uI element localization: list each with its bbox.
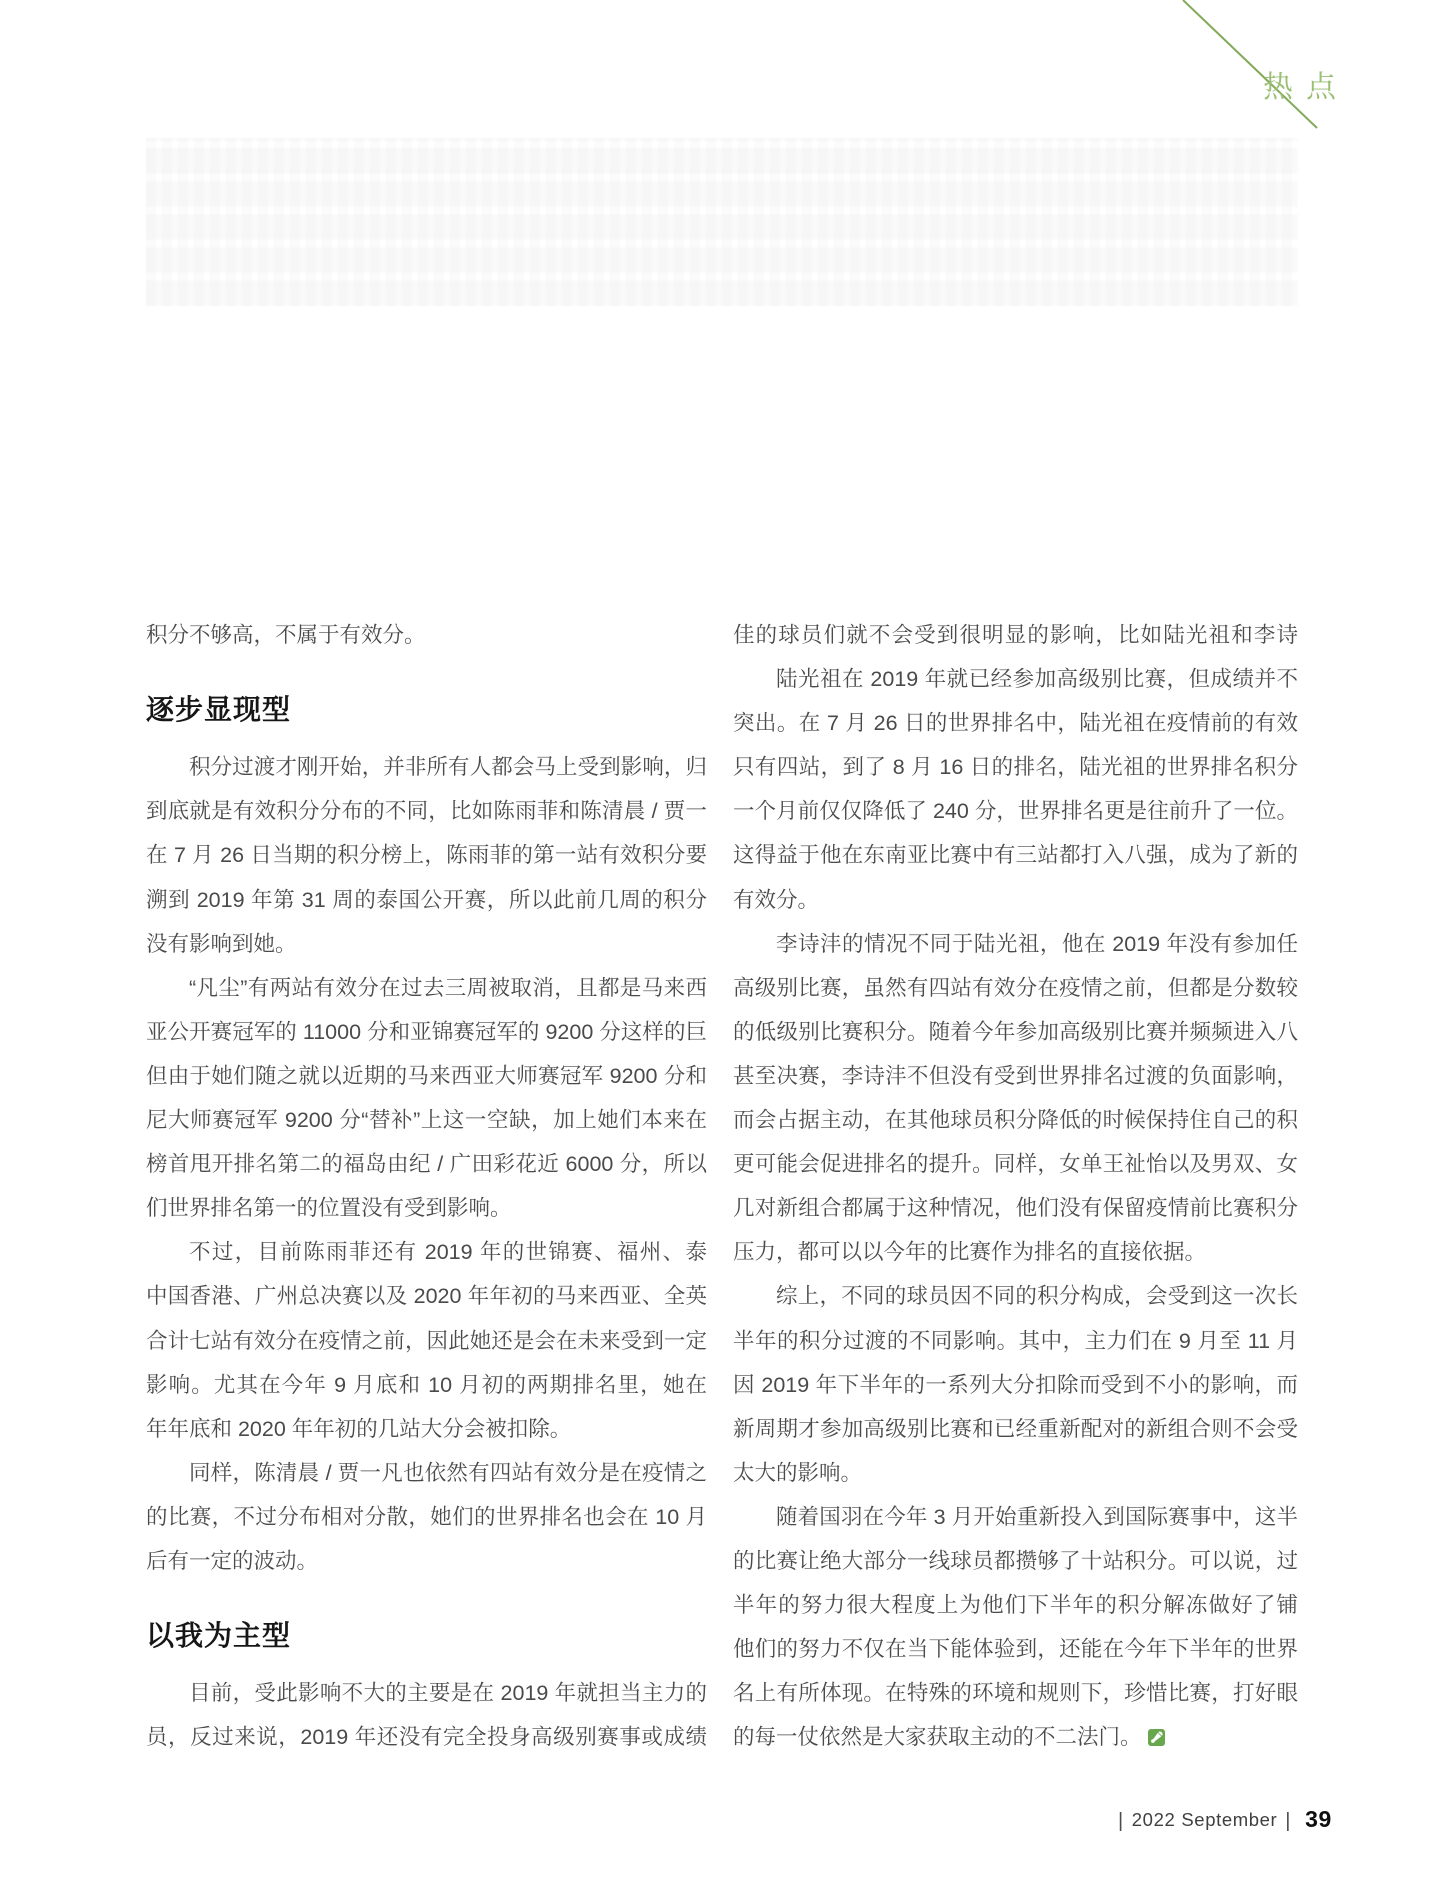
text-line: 几对新组合都属于这种情况，他们没有保留疫情前比赛积分的 bbox=[733, 1186, 1298, 1230]
text-line-content: 们世界排名第一的位置没有受到影响。 bbox=[146, 1196, 512, 1220]
footer-page-number: 39 bbox=[1305, 1806, 1332, 1832]
text-line: 这得益于他在东南亚比赛中有三站都打入八强，成为了新的 bbox=[733, 833, 1298, 877]
text-line: 只有四站，到了 8 月 16 日的排名，陆光祖的世界排名积分较 bbox=[733, 745, 1298, 789]
text-line-content: 没有影响到她。 bbox=[146, 932, 297, 956]
text-line-content: 而会占据主动，在其他球员积分降低的时候保持住自己的积分， bbox=[733, 1108, 1298, 1142]
text-line: 太大的影响。 bbox=[733, 1451, 1298, 1495]
text-line: 亚公开赛冠军的 11000 分和亚锦赛冠军的 9200 分这样的巨分。 bbox=[146, 1010, 707, 1054]
text-line-content: 积分不够高，不属于有效分。 bbox=[146, 623, 426, 647]
text-line-content: 在 7 月 26 日当期的积分榜上，陈雨菲的第一站有效积分要追 bbox=[146, 843, 707, 877]
text-line-content: 几对新组合都属于这种情况，他们没有保留疫情前比赛积分的 bbox=[733, 1196, 1298, 1230]
text-line: 综上，不同的球员因不同的积分构成，会受到这一次长达 bbox=[733, 1274, 1298, 1318]
text-line: 的每一仗依然是大家获取主动的不二法门。 bbox=[733, 1715, 1298, 1759]
text-line: 没有影响到她。 bbox=[146, 922, 707, 966]
text-line-content: 员，反过来说，2019 年还没有完全投身高级别赛事或成绩不 bbox=[146, 1725, 707, 1759]
section-heading-text: 逐步显现型 bbox=[146, 688, 291, 728]
text-line: 陆光祖在 2019 年就已经参加高级别比赛，但成绩并不 bbox=[733, 657, 1298, 701]
text-line: 的比赛，不过分布相对分散，她们的世界排名也会在 10 月前 bbox=[146, 1495, 707, 1539]
text-line: 目前，受此影响不大的主要是在 2019 年就担当主力的球 bbox=[146, 1671, 707, 1715]
text-line: 半年的努力很大程度上为他们下半年的积分解冻做好了铺垫， bbox=[733, 1583, 1298, 1627]
page-footer: |2022September|39 bbox=[1110, 1806, 1332, 1833]
text-line-content: 突出。在 7 月 26 日的世界排名中，陆光祖在疫情前的有效分 bbox=[733, 711, 1298, 745]
text-line: 尼大师赛冠军 9200 分“替补”上这一空缺，加上她们本来在 bbox=[146, 1098, 707, 1142]
text-line-content: 因 2019 年下半年的一系列大分扣除而受到不小的影响，而在 bbox=[733, 1373, 1298, 1407]
text-line: 在 7 月 26 日当期的积分榜上，陈雨菲的第一站有效积分要追 bbox=[146, 833, 707, 877]
left-text-column: 积分不够高，不属于有效分。逐步显现型积分过渡才刚开始，并非所有人都会马上受到影响… bbox=[146, 613, 707, 1759]
text-line-content: 一个月前仅仅降低了 240 分，世界排名更是往前升了一位。 bbox=[733, 799, 1298, 823]
text-line: 新周期才参加高级别比赛和已经重新配对的新组合则不会受到 bbox=[733, 1407, 1298, 1451]
text-line-content: 年年底和 2020 年年初的几站大分会被扣除。 bbox=[146, 1417, 571, 1441]
text-line-content: 名上有所体现。在特殊的环境和规则下，珍惜比赛，打好眼前 bbox=[733, 1681, 1298, 1715]
text-line-content: 高级别比赛，虽然有四站有效分在疫情之前，但都是分数较低 bbox=[733, 976, 1298, 1010]
text-line: 高级别比赛，虽然有四站有效分在疫情之前，但都是分数较低 bbox=[733, 966, 1298, 1010]
text-line-content: 后有一定的波动。 bbox=[146, 1549, 318, 1573]
footer-separator: | bbox=[1118, 1810, 1124, 1832]
text-line-content: 积分过渡才刚开始，并非所有人都会马上受到影响，归根 bbox=[146, 755, 707, 789]
magazine-page: 热点 积分不够高，不属于有效分。逐步显现型积分过渡才刚开始，并非所有人都会马上受… bbox=[0, 0, 1440, 1902]
text-line: 的低级别比赛积分。随着今年参加高级别比赛并频频进入八强 bbox=[733, 1010, 1298, 1054]
text-line: 佳的球员们就不会受到很明显的影响，比如陆光祖和李诗沣。 bbox=[733, 613, 1298, 657]
text-line: “凡尘”有两站有效分在过去三周被取消，且都是马来西 bbox=[146, 966, 707, 1010]
text-line: 甚至决赛，李诗沣不但没有受到世界排名过渡的负面影响，反 bbox=[733, 1054, 1298, 1098]
section-heading-text: 以我为主型 bbox=[146, 1614, 291, 1654]
text-line: 的比赛让绝大部分一线球员都攒够了十站积分。可以说，过去 bbox=[733, 1539, 1298, 1583]
text-line: 但由于她们随之就以近期的马来西亚大师赛冠军 9200 分和印 bbox=[146, 1054, 707, 1098]
text-line-content: 亚公开赛冠军的 11000 分和亚锦赛冠军的 9200 分这样的巨分。 bbox=[146, 1020, 707, 1054]
text-line: 员，反过来说，2019 年还没有完全投身高级别赛事或成绩不 bbox=[146, 1715, 707, 1759]
text-line-content: 合计七站有效分在疫情之前，因此她还是会在未来受到一定的 bbox=[146, 1329, 707, 1363]
text-line: 积分过渡才刚开始，并非所有人都会马上受到影响，归根 bbox=[146, 745, 707, 789]
text-line: 他们的努力不仅在当下能体验到，还能在今年下半年的世界排 bbox=[733, 1627, 1298, 1671]
text-line-content: 的每一仗依然是大家获取主动的不二法门。 bbox=[733, 1725, 1142, 1749]
text-line: 一个月前仅仅降低了 240 分，世界排名更是往前升了一位。 bbox=[733, 789, 1298, 833]
text-line-content: 甚至决赛，李诗沣不但没有受到世界排名过渡的负面影响，反 bbox=[733, 1064, 1298, 1098]
text-line-content: 影响。尤其在今年 9 月底和 10 月初的两期排名里，她在 2019 bbox=[146, 1373, 707, 1407]
text-line: 半年的积分过渡的不同影响。其中，主力们在 9 月至 11 月会 bbox=[733, 1319, 1298, 1363]
text-line: 随着国羽在今年 3 月开始重新投入到国际赛事中，这半年 bbox=[733, 1495, 1298, 1539]
text-line: 名上有所体现。在特殊的环境和规则下，珍惜比赛，打好眼前 bbox=[733, 1671, 1298, 1715]
text-line: 们世界排名第一的位置没有受到影响。 bbox=[146, 1186, 707, 1230]
text-line: 而会占据主动，在其他球员积分降低的时候保持住自己的积分， bbox=[733, 1098, 1298, 1142]
text-line-content: 佳的球员们就不会受到很明显的影响，比如陆光祖和李诗沣。 bbox=[733, 623, 1298, 657]
text-line: 影响。尤其在今年 9 月底和 10 月初的两期排名里，她在 2019 bbox=[146, 1363, 707, 1407]
text-line: 中国香港、广州总决赛以及 2020 年年初的马来西亚、全英赛 bbox=[146, 1274, 707, 1318]
text-line: 积分不够高，不属于有效分。 bbox=[146, 613, 707, 657]
text-line-content: 这得益于他在东南亚比赛中有三站都打入八强，成为了新的 bbox=[733, 843, 1298, 867]
footer-month: September bbox=[1181, 1809, 1277, 1830]
text-line: 李诗沣的情况不同于陆光祖，他在 2019 年没有参加任何 bbox=[733, 922, 1298, 966]
text-line: 合计七站有效分在疫情之前，因此她还是会在未来受到一定的 bbox=[146, 1319, 707, 1363]
text-line: 突出。在 7 月 26 日的世界排名中，陆光祖在疫情前的有效分 bbox=[733, 701, 1298, 745]
text-line-content: 压力，都可以以今年的比赛作为排名的直接依据。 bbox=[733, 1240, 1206, 1264]
text-line: 更可能会促进排名的提升。同样，女单王祉怡以及男双、女双 bbox=[733, 1142, 1298, 1186]
text-line: 榜首甩开排名第二的福岛由纪 / 广田彩花近 6000 分，所以她 bbox=[146, 1142, 707, 1186]
footer-separator: | bbox=[1285, 1810, 1291, 1832]
text-line: 同样，陈清晨 / 贾一凡也依然有四站有效分是在疫情之前 bbox=[146, 1451, 707, 1495]
section-heading: 以我为主型 bbox=[146, 1583, 707, 1671]
text-line-content: 只有四站，到了 8 月 16 日的排名，陆光祖的世界排名积分较 bbox=[733, 755, 1298, 789]
text-line: 因 2019 年下半年的一系列大分扣除而受到不小的影响，而在 bbox=[733, 1363, 1298, 1407]
text-line-content: 溯到 2019 年第 31 周的泰国公开赛，所以此前几周的积分扣除 bbox=[146, 888, 707, 922]
section-tag: 热点 bbox=[1263, 62, 1349, 106]
text-line: 后有一定的波动。 bbox=[146, 1539, 707, 1583]
text-line-content: 不过，目前陈雨菲还有 2019 年的世锦赛、福州、泰国、 bbox=[146, 1240, 707, 1274]
text-line: 溯到 2019 年第 31 周的泰国公开赛，所以此前几周的积分扣除 bbox=[146, 878, 707, 922]
text-line-content: 半年的积分过渡的不同影响。其中，主力们在 9 月至 11 月会 bbox=[733, 1329, 1298, 1363]
text-line-content: 但由于她们随之就以近期的马来西亚大师赛冠军 9200 分和印 bbox=[146, 1064, 707, 1098]
text-line-content: 中国香港、广州总决赛以及 2020 年年初的马来西亚、全英赛 bbox=[146, 1284, 707, 1318]
text-line-content: 尼大师赛冠军 9200 分“替补”上这一空缺，加上她们本来在 bbox=[146, 1108, 707, 1132]
text-line-content: 更可能会促进排名的提升。同样，女单王祉怡以及男双、女双 bbox=[733, 1152, 1298, 1186]
text-line-content: 的比赛，不过分布相对分散，她们的世界排名也会在 10 月前 bbox=[146, 1505, 707, 1539]
text-line: 年年底和 2020 年年初的几站大分会被扣除。 bbox=[146, 1407, 707, 1451]
text-line-content: 陆光祖在 2019 年就已经参加高级别比赛，但成绩并不 bbox=[776, 667, 1298, 691]
text-line-content: 新周期才参加高级别比赛和已经重新配对的新组合则不会受到 bbox=[733, 1417, 1298, 1451]
reverse-page-ghosting bbox=[146, 138, 1298, 306]
text-line-content: 他们的努力不仅在当下能体验到，还能在今年下半年的世界排 bbox=[733, 1637, 1298, 1671]
text-line-content: “凡尘”有两站有效分在过去三周被取消，且都是马来西 bbox=[189, 976, 707, 1000]
text-line-content: 的比赛让绝大部分一线球员都攒够了十站积分。可以说，过去 bbox=[733, 1549, 1298, 1583]
text-line: 到底就是有效积分分布的不同，比如陈雨菲和陈清晨 / 贾一凡。 bbox=[146, 789, 707, 833]
text-line-content: 到底就是有效积分分布的不同，比如陈雨菲和陈清晨 / 贾一凡。 bbox=[146, 799, 707, 833]
footer-year: 2022 bbox=[1132, 1809, 1176, 1830]
text-line-content: 综上，不同的球员因不同的积分构成，会受到这一次长达 bbox=[733, 1284, 1298, 1318]
text-line-content: 太大的影响。 bbox=[733, 1461, 862, 1485]
text-line: 压力，都可以以今年的比赛作为排名的直接依据。 bbox=[733, 1230, 1298, 1274]
text-line-content: 目前，受此影响不大的主要是在 2019 年就担当主力的球 bbox=[146, 1681, 707, 1715]
text-line-content: 李诗沣的情况不同于陆光祖，他在 2019 年没有参加任何 bbox=[733, 932, 1298, 966]
section-heading: 逐步显现型 bbox=[146, 657, 707, 745]
text-line-content: 榜首甩开排名第二的福岛由纪 / 广田彩花近 6000 分，所以她 bbox=[146, 1152, 707, 1186]
text-line-content: 随着国羽在今年 3 月开始重新投入到国际赛事中，这半年 bbox=[733, 1505, 1298, 1539]
right-text-column: 佳的球员们就不会受到很明显的影响，比如陆光祖和李诗沣。陆光祖在 2019 年就已… bbox=[733, 613, 1298, 1759]
text-line-content: 同样，陈清晨 / 贾一凡也依然有四站有效分是在疫情之前 bbox=[146, 1461, 707, 1495]
text-line: 不过，目前陈雨菲还有 2019 年的世锦赛、福州、泰国、 bbox=[146, 1230, 707, 1274]
text-line: 有效分。 bbox=[733, 878, 1298, 922]
shuttlecock-icon bbox=[1148, 1729, 1165, 1746]
text-line-content: 半年的努力很大程度上为他们下半年的积分解冻做好了铺垫， bbox=[733, 1593, 1298, 1627]
text-line-content: 的低级别比赛积分。随着今年参加高级别比赛并频频进入八强 bbox=[733, 1020, 1298, 1054]
text-line-content: 有效分。 bbox=[733, 888, 819, 912]
